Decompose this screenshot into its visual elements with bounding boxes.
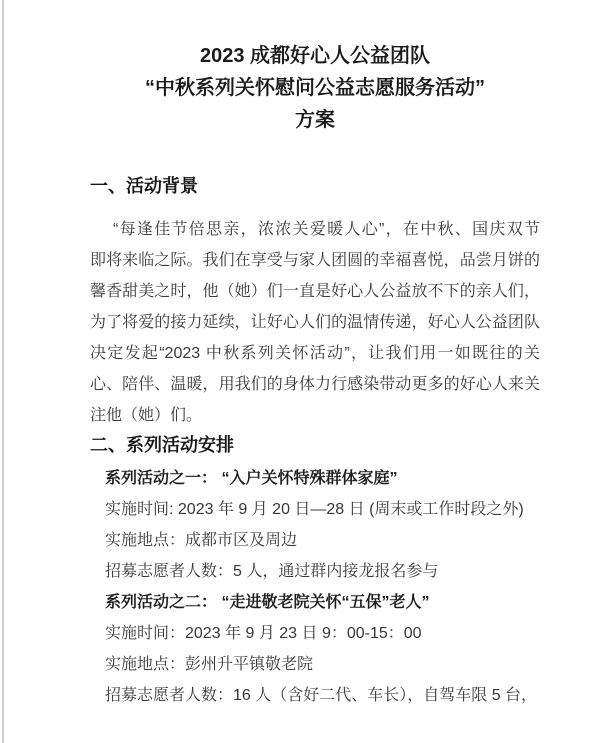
paragraph-line: 为了将爱的接力延续，让好心人们的温情传递，好心人公益团队 [90, 307, 540, 338]
paragraph-line: 决定发起“2023 中秋系列关怀活动”，让我们用一如既往的关 [90, 338, 540, 369]
background-paragraph: “每逢佳节倍思亲，浓浓关爱暖人心”，在中秋、国庆双节 即将来临之际。我们在享受与… [90, 214, 540, 431]
activity-1-title: 系列活动之一： “入户关怀特殊群体家庭” [105, 463, 540, 494]
activity-1-place: 实施地点：成都市区及周边 [105, 525, 540, 556]
activity-2-title: 系列活动之二： “走进敬老院关怀“五保”老人” [105, 587, 540, 618]
section-heading-schedule: 二、系列活动安排 [90, 433, 540, 457]
activity-1-time: 实施时间: 2023 年 9 月 20 日—28 日 (周末或工作时段之外) [105, 494, 540, 525]
document-content: 2023 成都好心人公益团队 “中秋系列关怀慰问公益志愿服务活动” 方案 一、活… [90, 0, 540, 711]
activities-list: 系列活动之一： “入户关怀特殊群体家庭” 实施时间: 2023 年 9 月 20… [90, 463, 540, 711]
activity-2-time: 实施时间：2023 年 9 月 23 日 9：00-15：00 [105, 618, 540, 649]
doc-title-line-2: “中秋系列关怀慰问公益志愿服务活动” [90, 72, 540, 104]
paragraph-line: 馨香甜美之时，他（她）们一直是好心人公益放不下的亲人们， [90, 276, 540, 307]
section-heading-background: 一、活动背景 [90, 174, 540, 198]
doc-title-line-3: 方案 [90, 104, 540, 136]
paragraph-line: 心、陪伴、温暖，用我们的身体力行感染带动更多的好心人来关 [90, 369, 540, 400]
paragraph-line: 即将来临之际。我们在享受与家人团圆的幸福喜悦，品尝月饼的 [90, 245, 540, 276]
activity-2-recruit: 招募志愿者人数：16 人（含好二代、车长），自驾车限 5 台， [105, 680, 540, 711]
activity-1-recruit: 招募志愿者人数：5 人，通过群内接龙报名参与 [105, 556, 540, 587]
doc-title-line-1: 2023 成都好心人公益团队 [90, 40, 540, 72]
activity-2-place: 实施地点：彭州升平镇敬老院 [105, 649, 540, 680]
paragraph-line: 注他（她）们。 [90, 400, 540, 431]
document-page: 2023 成都好心人公益团队 “中秋系列关怀慰问公益志愿服务活动” 方案 一、活… [0, 0, 600, 743]
doc-title: 2023 成都好心人公益团队 “中秋系列关怀慰问公益志愿服务活动” 方案 [90, 40, 540, 136]
page-edge-line [2, 0, 4, 743]
paragraph-line: “每逢佳节倍思亲，浓浓关爱暖人心”，在中秋、国庆双节 [90, 214, 540, 245]
